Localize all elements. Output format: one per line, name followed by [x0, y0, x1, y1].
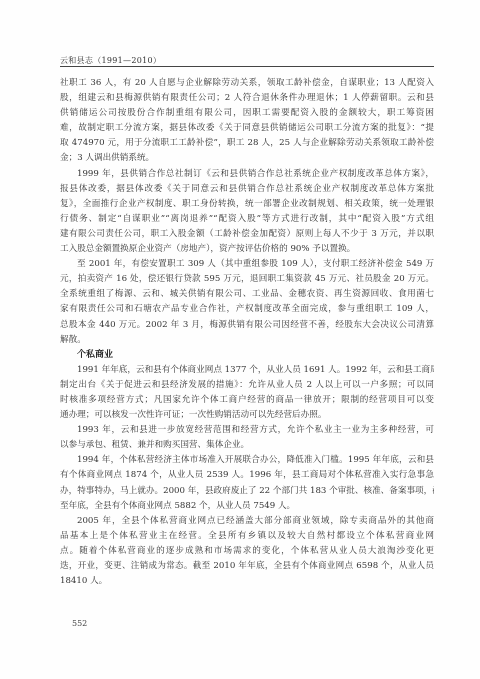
paragraph: 1991 年年底，云和县有个体商业网点 1377 个，从业人员 1691 人。1…: [60, 363, 434, 423]
paragraph: 1999 年，县供销合作总社制订《云和县供销合作总社系统企业产权制度改革总体方案…: [60, 167, 434, 258]
text-line: 以参与承包、租赁、兼并和购买国营、集体企业。: [60, 438, 434, 453]
text-line: 全系统重组了梅源、云和、城关供销有限公司、工业品、金穗农资、再生资源回收、食用菌…: [60, 287, 434, 302]
text-line: 复》，全面推行企业产权制度、职工身份转换，统一部署企业改制规划、相关政策，统一处…: [60, 197, 434, 212]
paragraph: 1993 年，云和县进一步放宽经营范围和经营方式，允许个私业主一业为主多种经营，…: [60, 423, 434, 453]
text-line: 至年底，全县有个体商业网点 5882 个，从业人员 7549 人。: [60, 499, 434, 514]
text-line: 股，组建云和县梅源供销有限责任公司；2 人符合退休条件办理退休；1 人停薪留职。…: [60, 91, 434, 106]
text-line: 家有限责任公司和石塘农产品专业合作社，产权制度改革全面完成，参与重组职工 109…: [60, 302, 434, 317]
text-line: 工入股总金额置换原企业资产（房地产），资产按评估价格的 90% 予以置换。: [60, 242, 434, 257]
text-line: 至 2001 年，有偿安置职工 309 人（其中重组参股 109 人），支付职工…: [60, 257, 434, 272]
paragraph: 至 2001 年，有偿安置职工 309 人（其中重组参股 109 人），支付职工…: [60, 257, 434, 348]
paragraph: 社职工 36 人，有 20 人自愿与企业解除劳动关系，领取工龄补偿金，自谋职业；…: [60, 76, 434, 167]
text-line: 制定出台《关于促进云和县经济发展的措施》：允许从业人员 2 人以上可以一户多照；…: [60, 378, 434, 393]
text-line: 有个体商业网点 1874 个，从业人员 2539 人。1996 年，县工商局对个…: [60, 468, 434, 483]
text-line: 1994 年，个体私营经济主体市场准入开展联合办公，降低准入门槛。1995 年年…: [60, 453, 434, 468]
text-line: 社职工 36 人，有 20 人自愿与企业解除劳动关系，领取工龄补偿金，自谋职业；…: [60, 76, 434, 91]
text-line: 难，故制定职工分流方案，据县体改委《关于同意县供销储运公司职工分流方案的批复》：…: [60, 121, 434, 136]
page-body: 社职工 36 人，有 20 人自愿与企业解除劳动关系，领取工龄补偿金，自谋职业；…: [60, 76, 434, 589]
text-line: 通办理；可以核发一次性许可证；一次性购销活动可以先经营后办照。: [60, 408, 434, 423]
text-line: 点。随着个体私营商业的逐步成熟和市场需求的变化，个体私营从业人员大浪淘沙变化更: [60, 544, 434, 559]
text-line: 元，拍卖资产 16 处，偿还银行贷款 595 万元，退回职工集资款 45 万元、…: [60, 272, 434, 287]
section-heading: 个私商业: [60, 348, 434, 363]
text-line: 1999 年，县供销合作总社制订《云和县供销合作总社系统企业产权制度改革总体方案…: [60, 167, 434, 182]
text-line: 建有限公司责任公司，职工入股金额（工龄补偿金加配资）原则上每人不少于 3 万元，…: [60, 227, 434, 242]
header-rule: [60, 66, 434, 67]
text-line: 办，特事特办，马上就办。2000 年，县政府废止了 22 个部门共 183 个审…: [60, 484, 434, 499]
paragraph: 2005 年，全县个体私营商业网点已经涵盖大部分部商业领域，除专卖商品外的其他商…: [60, 514, 434, 589]
text-line: 2005 年，全县个体私营商业网点已经涵盖大部分部商业领域，除专卖商品外的其他商: [60, 514, 434, 529]
text-line: 1991 年年底，云和县有个体商业网点 1377 个，从业人员 1691 人。1…: [60, 363, 434, 378]
text-line: 金；3 人调出供销系统。: [60, 151, 434, 166]
page-number: 552: [72, 619, 87, 628]
text-line: 迭，开业，变更、注销成为常态。截至 2010 年年底，全县有个体商业网点 659…: [60, 559, 434, 574]
text-line: 取 474970 元，用于分流职工工龄补偿”，职工 28 人，25 人与企业解除…: [60, 136, 434, 151]
text-line: 总股本金 440 万元。2002 年 3 月，梅源供销有限公司因经营不善，经股东…: [60, 318, 434, 333]
text-line: 18410 人。: [60, 574, 434, 589]
running-header-title: 云和县志（1991—2010）: [60, 55, 161, 66]
text-line: 解散。: [60, 333, 434, 348]
text-line: 报县体改委，据县体改委《关于同意云和县供销合作总社系统企业产权制度改革总体方案批: [60, 182, 434, 197]
text-line: 供销储运公司按股份合作制重组有限公司，因职工需要配资入股的金额较大，职工筹资困: [60, 106, 434, 121]
text-line: 品基本上是个体私营业主在经营。全县所有乡镇以及较大自然村都设立个体私营商业网: [60, 529, 434, 544]
book-page: 云和县志（1991—2010） 社职工 36 人，有 20 人自愿与企业解除劳动…: [0, 0, 480, 679]
paragraph: 1994 年，个体私营经济主体市场准入开展联合办公，降低准入门槛。1995 年年…: [60, 453, 434, 513]
text-line: 时核准多项经营方式；凡国家允许个体工商户经营的商品一律放开；限制的经营项目可以变: [60, 393, 434, 408]
text-line: 行债务、制定“自谋职业”“离岗退养”“配资入股”等方式进行改制，其中“配资入股”…: [60, 212, 434, 227]
text-line: 1993 年，云和县进一步放宽经营范围和经营方式，允许个私业主一业为主多种经营，…: [60, 423, 434, 438]
